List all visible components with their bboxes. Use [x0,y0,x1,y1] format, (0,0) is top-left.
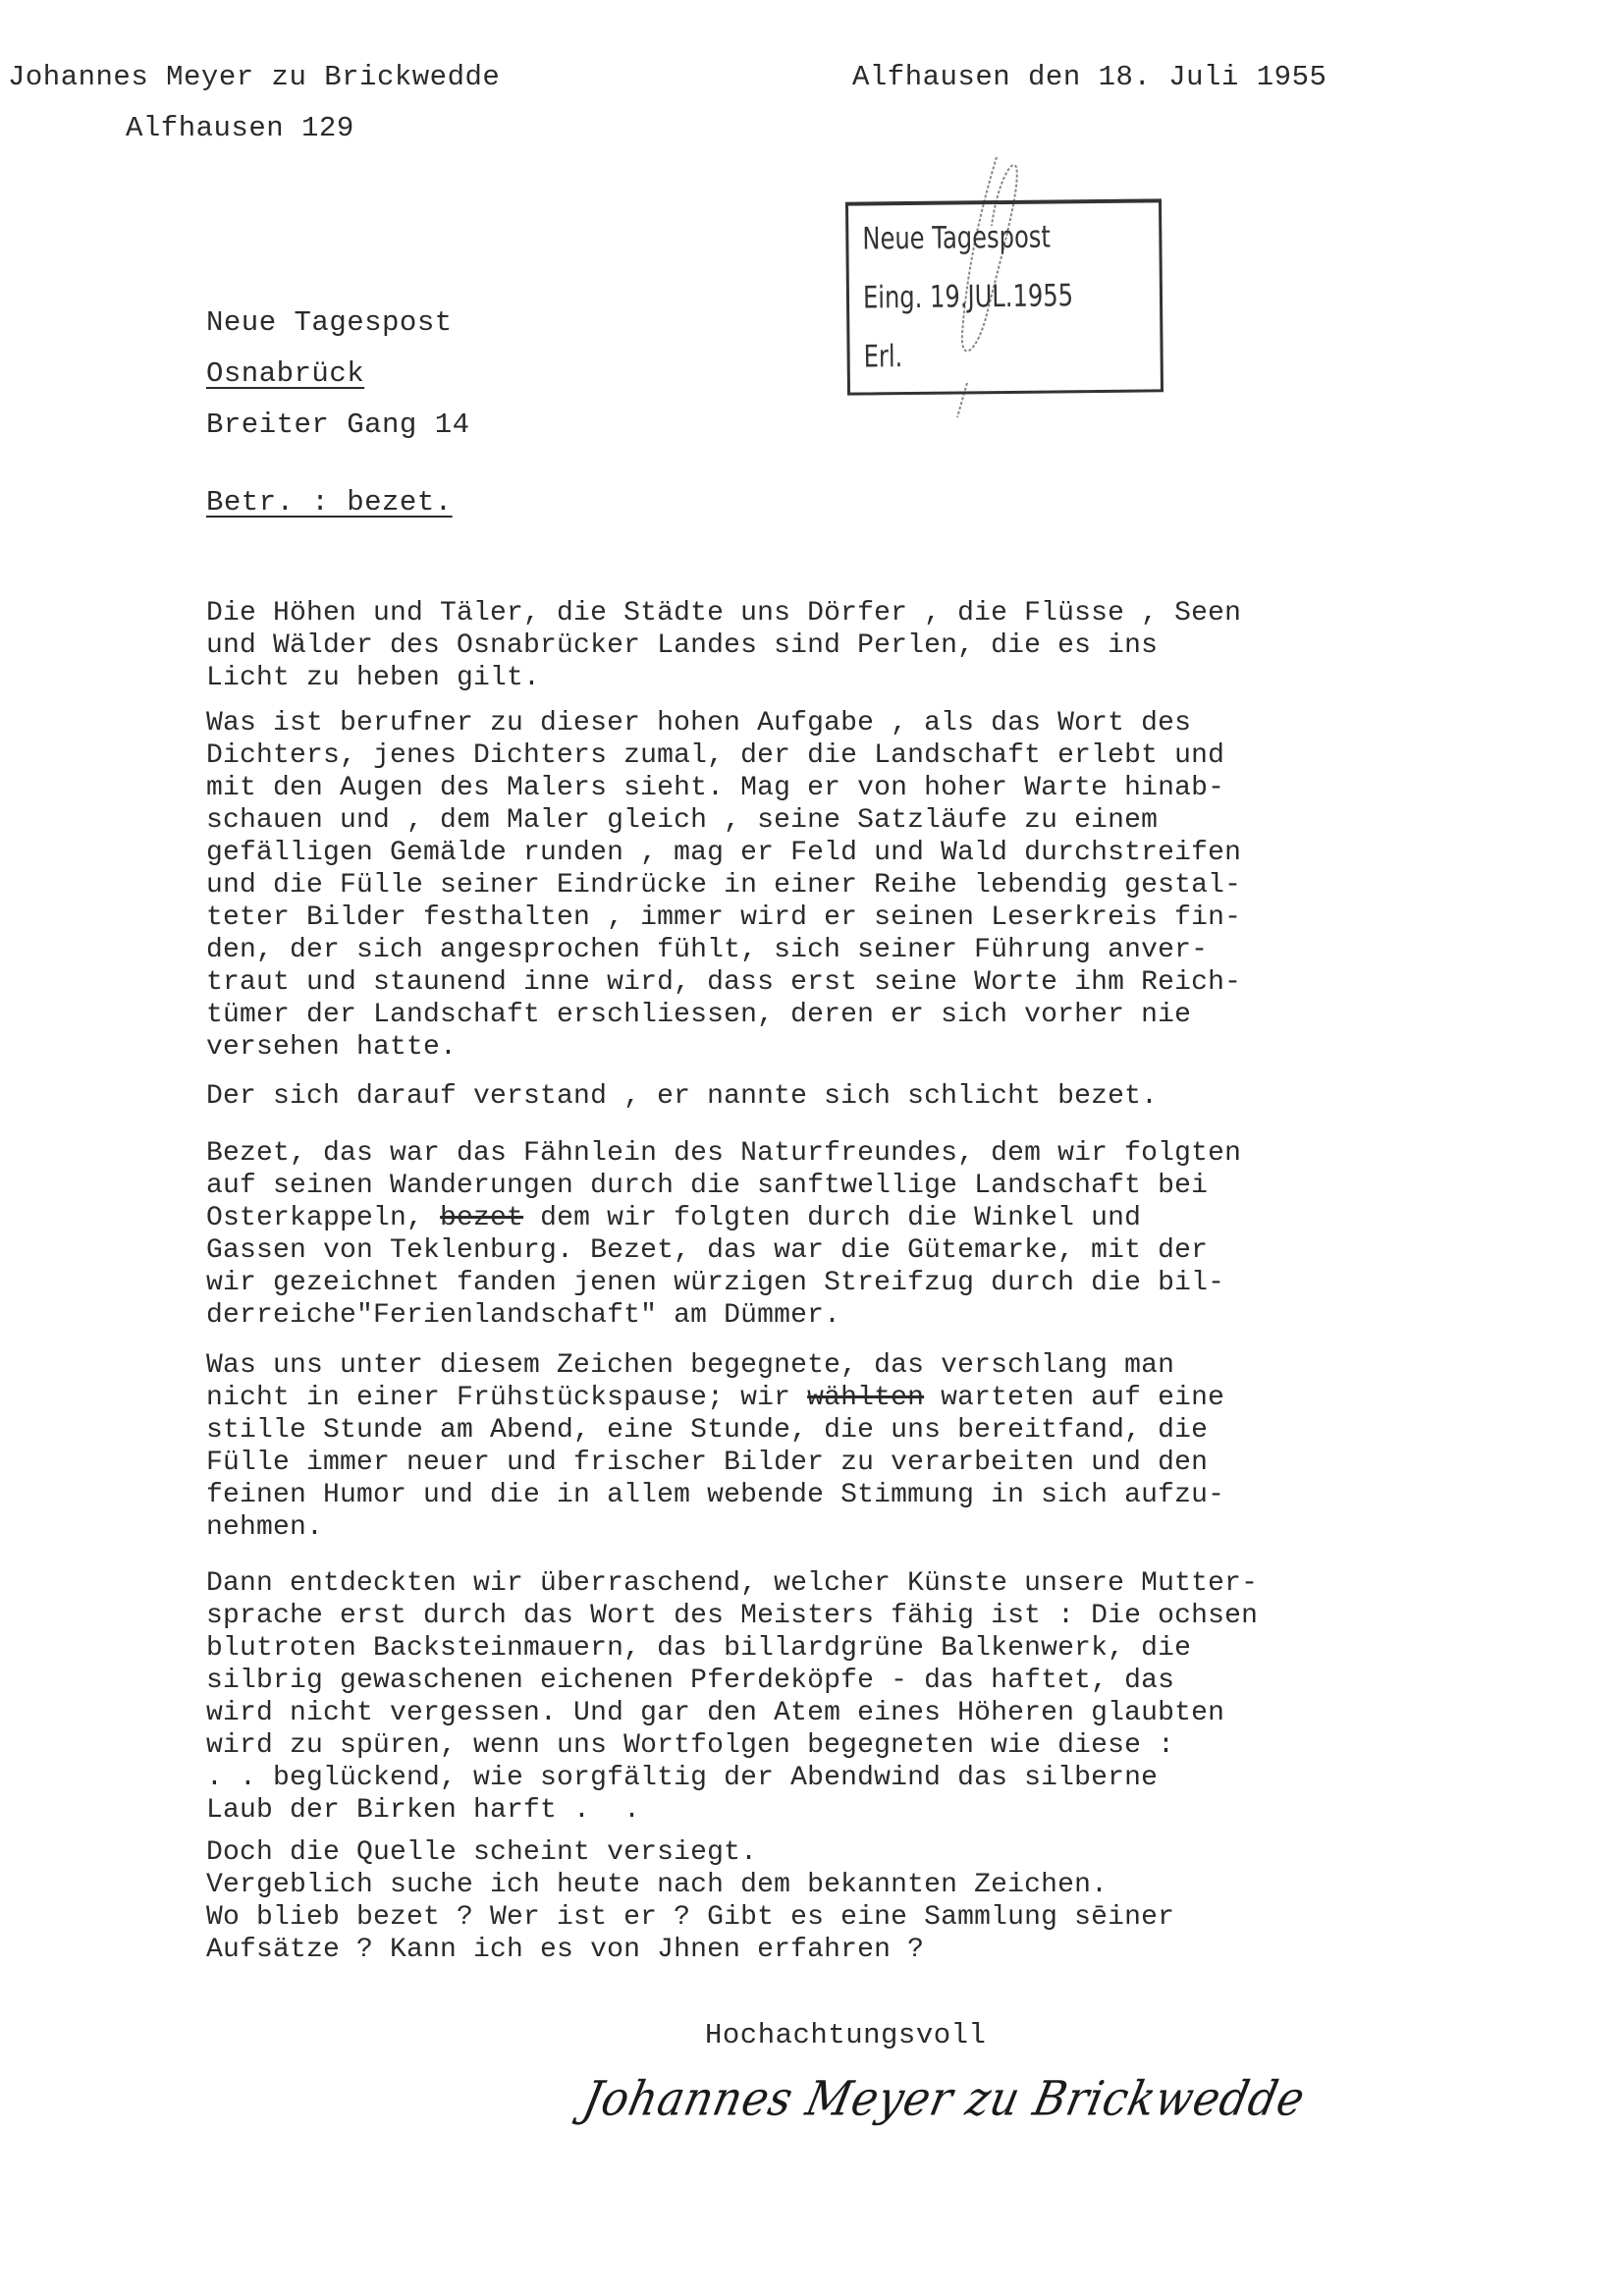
stamp-line-3: Erl. [863,339,902,374]
text-line: Dann entdeckten wir überraschend, welche… [206,1567,1512,1600]
struck-text: bezet [440,1203,523,1233]
text-line: Der sich darauf verstand , er nannte sic… [206,1080,1512,1113]
recipient-name: Neue Tagespost [206,306,453,339]
text-line: Licht zu heben gilt. [206,662,1512,694]
sender-address: Alfhausen 129 [126,112,354,144]
text-line: Osterkappeln, bezet dem wir folgten durc… [206,1202,1512,1234]
text-line: versehen hatte. [206,1031,1512,1064]
text-line: nicht in einer Frühstückspause; wir wähl… [206,1382,1512,1414]
text-line: Was ist berufner zu dieser hohen Aufgabe… [206,707,1512,739]
text-line: Vergeblich suche ich heute nach dem beka… [206,1869,1512,1901]
text-line: stille Stunde am Abend, eine Stunde, die… [206,1414,1512,1447]
recipient-street: Breiter Gang 14 [206,409,470,441]
paragraph: Was ist berufner zu dieser hohen Aufgabe… [206,707,1512,1064]
text-line: wir gezeichnet fanden jenen würzigen Str… [206,1267,1512,1299]
paragraph: Was uns unter diesem Zeichen begegnete, … [206,1349,1512,1544]
text-line: Laub der Birken harft . . [206,1794,1512,1827]
text-line: silbrig gewaschenen eichenen Pferdeköpfe… [206,1665,1512,1697]
text-line: den, der sich angesprochen fühlt, sich s… [206,934,1512,966]
text-line: schauen und , dem Maler gleich , seine S… [206,804,1512,837]
paragraph: Der sich darauf verstand , er nannte sic… [206,1080,1512,1113]
text-line: mit den Augen des Malers sieht. Mag er v… [206,772,1512,804]
text-line: wird nicht vergessen. Und gar den Atem e… [206,1697,1512,1729]
text-line: Wo blieb bezet ? Wer ist er ? Gibt es ei… [206,1901,1512,1934]
text-line: nehmen. [206,1511,1512,1544]
receipt-stamp: Neue Tagespost Eing. 19.JUL.1955 Erl. [845,198,1163,395]
closing-salutation: Hochachtungsvoll [705,2019,986,2051]
stamp-line-1: Neue Tagespost [862,220,1051,257]
sender-name: Johannes Meyer zu Brickwedde [8,61,500,93]
paragraph: Dann entdeckten wir überraschend, welche… [206,1567,1512,1827]
text-line: Aufsätze ? Kann ich es von Jhnen erfahre… [206,1934,1512,1966]
text-line: sprache erst durch das Wort des Meisters… [206,1600,1512,1632]
subject-line: Betr. : bezet. [206,486,453,519]
text-line: teter Bilder festhalten , immer wird er … [206,902,1512,934]
text-line: traut und staunend inne wird, dass erst … [206,966,1512,999]
text-line: derreiche"Ferienlandschaft" am Dümmer. [206,1299,1512,1332]
text-line: und Wälder des Osnabrücker Landes sind P… [206,629,1512,662]
text-line: Was uns unter diesem Zeichen begegnete, … [206,1349,1512,1382]
text-line: Doch die Quelle scheint versiegt. [206,1836,1512,1869]
text-line: tümer der Landschaft erschliessen, deren… [206,999,1512,1031]
text-line: wird zu spüren, wenn uns Wortfolgen bege… [206,1729,1512,1762]
text-line: Gassen von Teklenburg. Bezet, das war di… [206,1234,1512,1267]
paragraph: Doch die Quelle scheint versiegt.Vergebl… [206,1836,1512,1966]
text-line: und die Fülle seiner Eindrücke in einer … [206,869,1512,902]
text-line: Fülle immer neuer und frischer Bilder zu… [206,1447,1512,1479]
text-line: Die Höhen und Täler, die Städte uns Dörf… [206,597,1512,629]
text-line: gefälligen Gemälde runden , mag er Feld … [206,837,1512,869]
text-line: Dichters, jenes Dichters zumal, der die … [206,739,1512,772]
text-line: feinen Humor und die in allem webende St… [206,1479,1512,1511]
paragraph: Bezet, das war das Fähnlein des Naturfre… [206,1137,1512,1332]
recipient-city: Osnabrück [206,357,364,390]
paragraph: Die Höhen und Täler, die Städte uns Dörf… [206,597,1512,694]
stamp-line-2: Eing. 19.JUL.1955 [863,278,1073,315]
text-line: . . beglückend, wie sorgfältig der Abend… [206,1762,1512,1794]
handwritten-signature: Johannes Meyer zu Brickwedde [578,2071,1310,2126]
struck-text: wählten [807,1383,924,1413]
text-line: auf seinen Wanderungen durch die sanftwe… [206,1170,1512,1202]
date-line: Alfhausen den 18. Juli 1955 [852,61,1326,93]
text-line: Bezet, das war das Fähnlein des Naturfre… [206,1137,1512,1170]
text-line: blutroten Backsteinmauern, das billardgr… [206,1632,1512,1665]
